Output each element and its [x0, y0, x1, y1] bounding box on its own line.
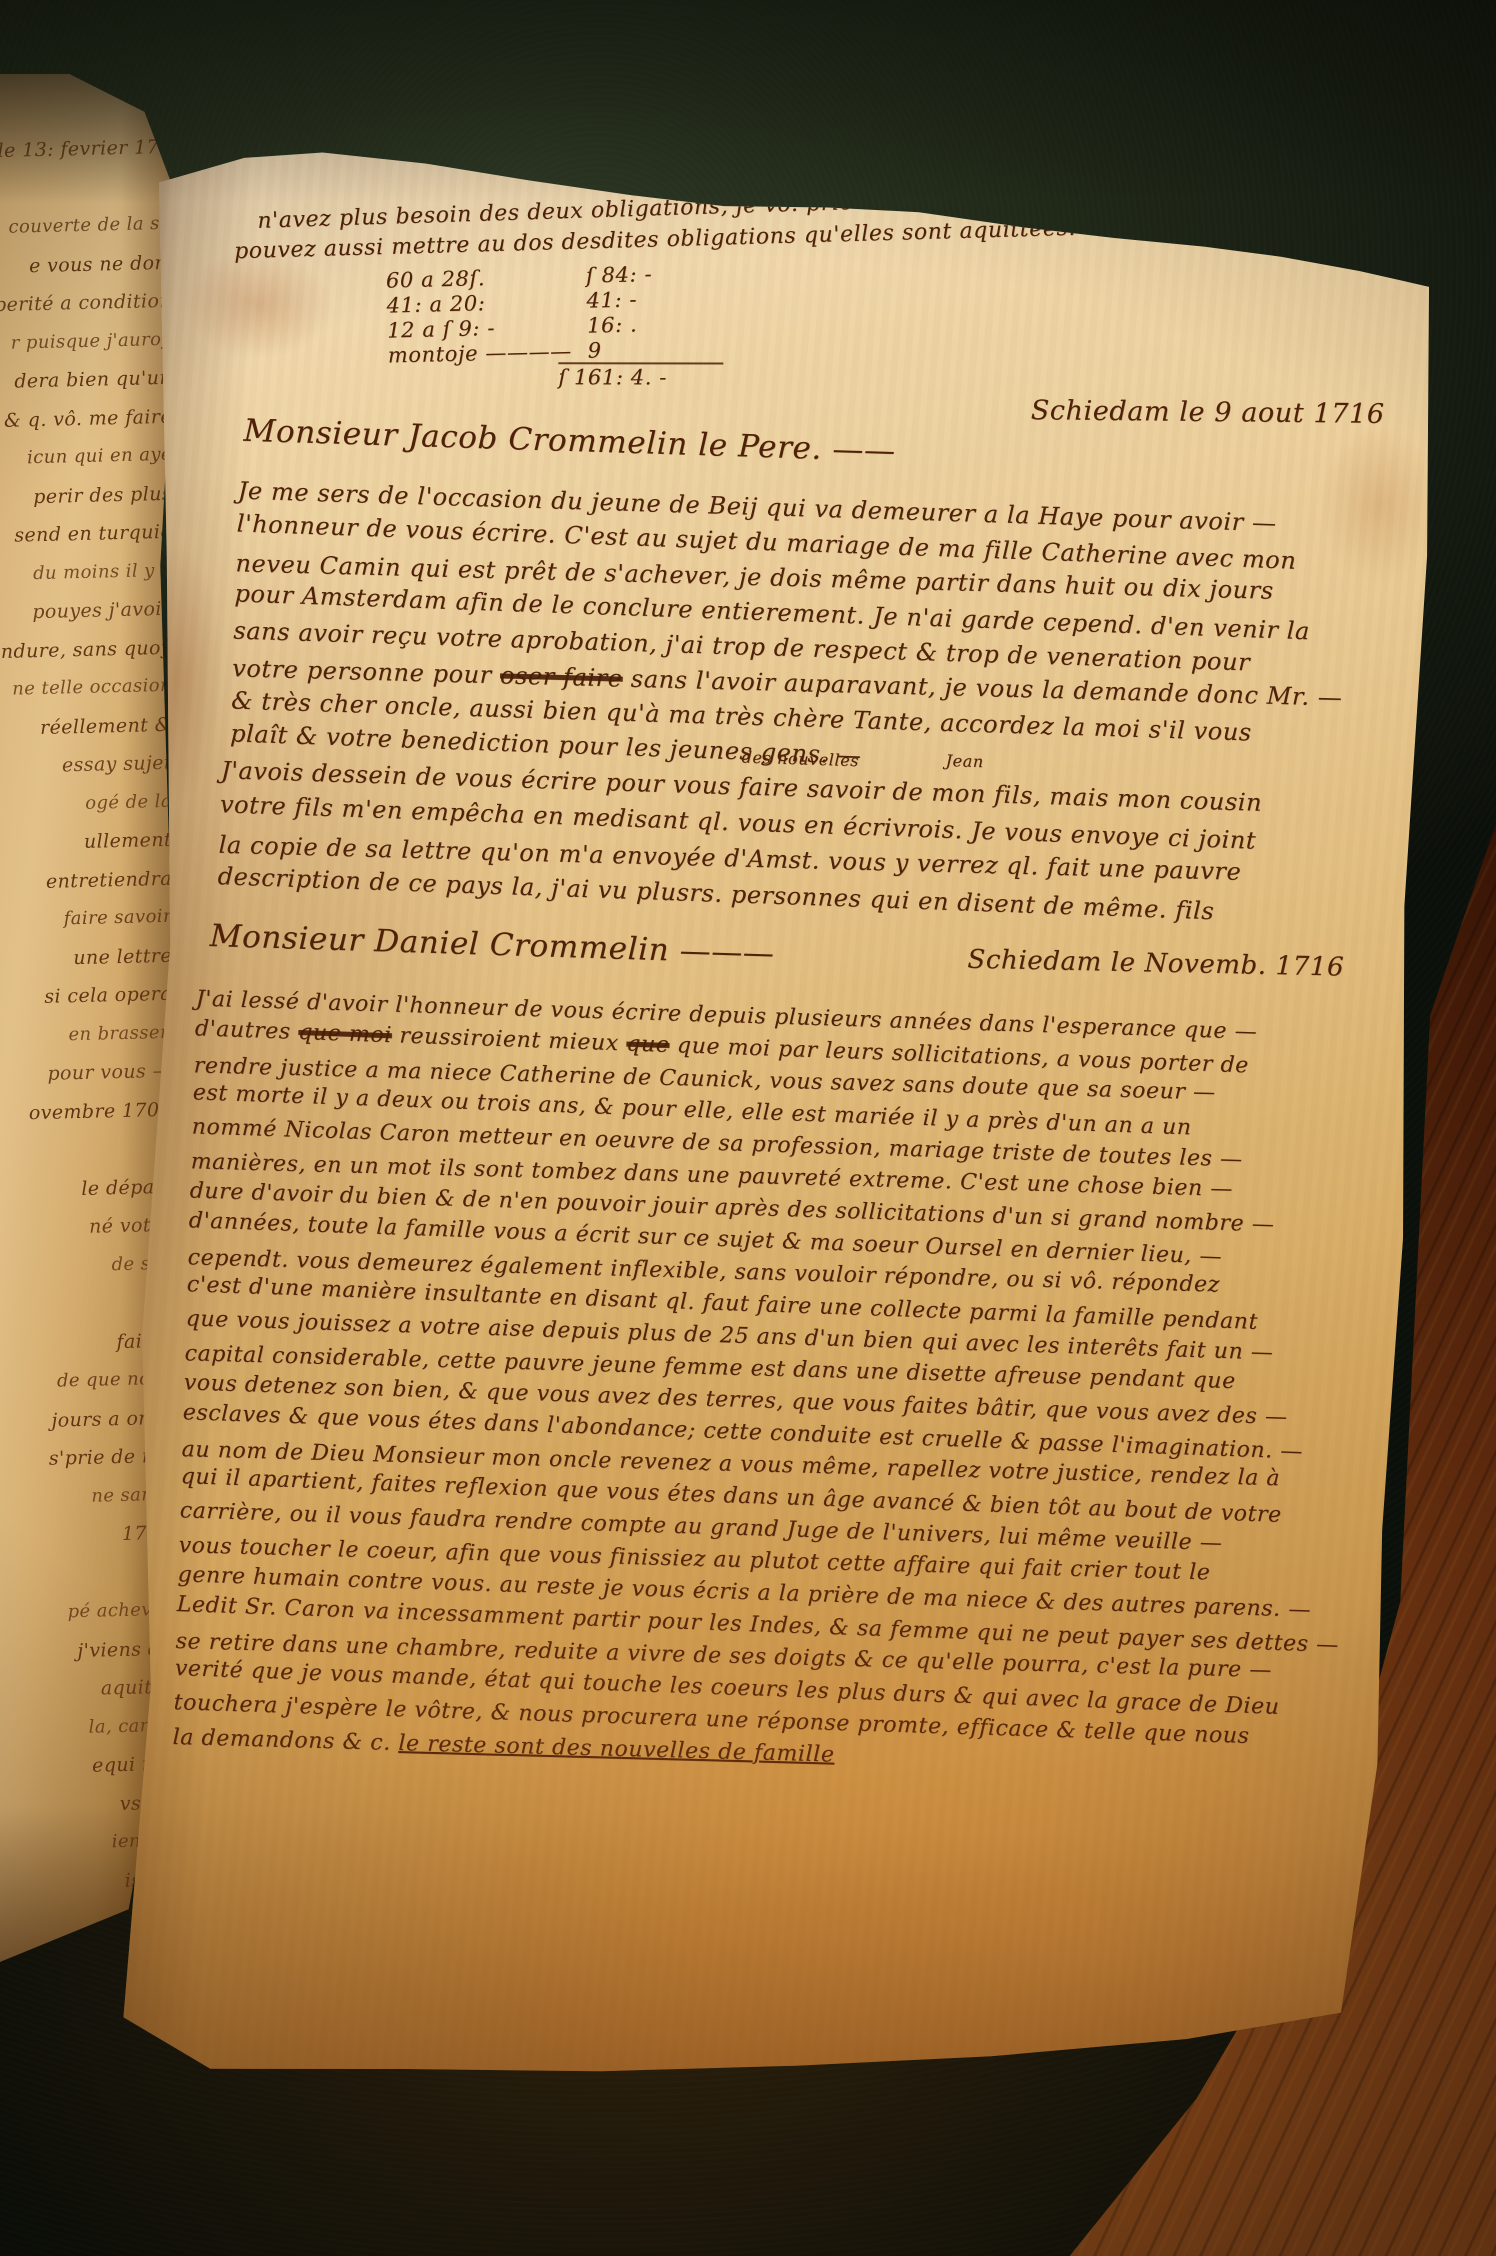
letter2-salutation: Monsieur Daniel Crommelin ——— — [209, 918, 775, 972]
text-fragment: ne telle occasion — [0, 667, 172, 710]
interline-insertion: des nouvelles — [741, 748, 859, 771]
facing-page-text-fragments: le 13: fevrier 17..couverte de la s..e v… — [0, 130, 172, 1956]
letter1-dateline: Schiedam le 9 aout 1716 — [1031, 395, 1385, 430]
calc-value: ſ 161: 4. - — [558, 362, 723, 387]
line-text: reussiroient mieux — [391, 1023, 626, 1056]
line-text: d'autres — [194, 1016, 298, 1045]
text-fragment: send en turquie — [0, 513, 172, 556]
text-fragment: né votre — [0, 1206, 172, 1249]
text-fragment: couverte de la s.. — [0, 205, 172, 248]
text-fragment — [0, 166, 172, 209]
text-fragment: si cela opera — [0, 975, 172, 1018]
calc-value: 41: - — [586, 285, 722, 313]
text-fragment: perir des plus — [0, 474, 172, 517]
text-fragment: pouyes j'avois — [0, 590, 172, 633]
letter1-body: Je me sers de l'occasion du jeune de Bei… — [230, 474, 1349, 789]
text-fragment: aquitté — [0, 1668, 172, 1711]
text-fragment: j'viens de — [0, 1629, 172, 1672]
text-fragment — [0, 1552, 172, 1595]
text-fragment: faire savoir — [0, 898, 172, 941]
calc-value: 9 — [587, 335, 723, 363]
text-fragment: dera bien qu'un — [0, 359, 172, 402]
crossed-out-words: que — [626, 1032, 670, 1059]
text-fragment: r puisque j'auroy — [0, 320, 172, 363]
text-fragment — [0, 1129, 172, 1172]
calc-value: 16: . — [587, 310, 723, 338]
text-fragment: essay sujet — [0, 744, 172, 787]
letter2-dateline: Schiedam le Novemb. 1716 — [967, 945, 1344, 983]
text-fragment: ndure, sans quoy — [0, 628, 172, 671]
calc-expression — [388, 364, 559, 393]
calc-value: ſ 84: - — [586, 260, 722, 288]
letter2-body: J'ai lessé d'avoir l'honneur de vous écr… — [172, 984, 1358, 1788]
text-fragment: e vous ne dort — [0, 243, 172, 286]
line-text: votre personne pour — [232, 654, 501, 689]
text-fragment: entretiendra — [0, 859, 172, 902]
manuscript-page: n'avez plus besoin des deux obligations,… — [80, 125, 1441, 2115]
text-fragment: 1709 — [0, 1514, 172, 1557]
line-text: la demandons & c. — [172, 1725, 398, 1756]
text-fragment: en brassen — [0, 1013, 172, 1056]
text-fragment: icun qui en aye — [0, 436, 172, 479]
text-fragment: perité a condition — [0, 282, 172, 325]
manuscript-photograph: le 13: fevrier 17..couverte de la s..e v… — [0, 0, 1496, 2256]
text-fragment: & q. vô. me faire — [0, 397, 172, 440]
text-fragment: du moins il y a — [0, 551, 172, 594]
text-fragment: réellement & — [0, 705, 172, 748]
crossed-out-words: que moi — [298, 1020, 392, 1048]
letter1-salutation: Monsieur Jacob Crommelin le Pere. —— — [243, 413, 896, 469]
text-fragment: pour vous — — [0, 1052, 172, 1095]
interline-insertion: Jean — [945, 751, 984, 771]
text-fragment: le départ — [0, 1167, 172, 1210]
crossed-out-words: oser faire — [500, 661, 623, 692]
paper-stain — [182, 247, 335, 362]
text-fragment: ullement — [0, 821, 172, 864]
text-fragment: pé achever — [0, 1591, 172, 1634]
text-fragment: ogé de la — [0, 782, 172, 825]
text-fragment: le 13: fevrier 17.. — [0, 128, 172, 171]
text-fragment: une lettre — [0, 936, 172, 979]
text-fragment: ovembre 1708 — [0, 1090, 172, 1133]
sum-calculation: 60 a 28ſ. ſ 84: - 41: a 20: 41: - 12 a ſ… — [386, 260, 724, 393]
